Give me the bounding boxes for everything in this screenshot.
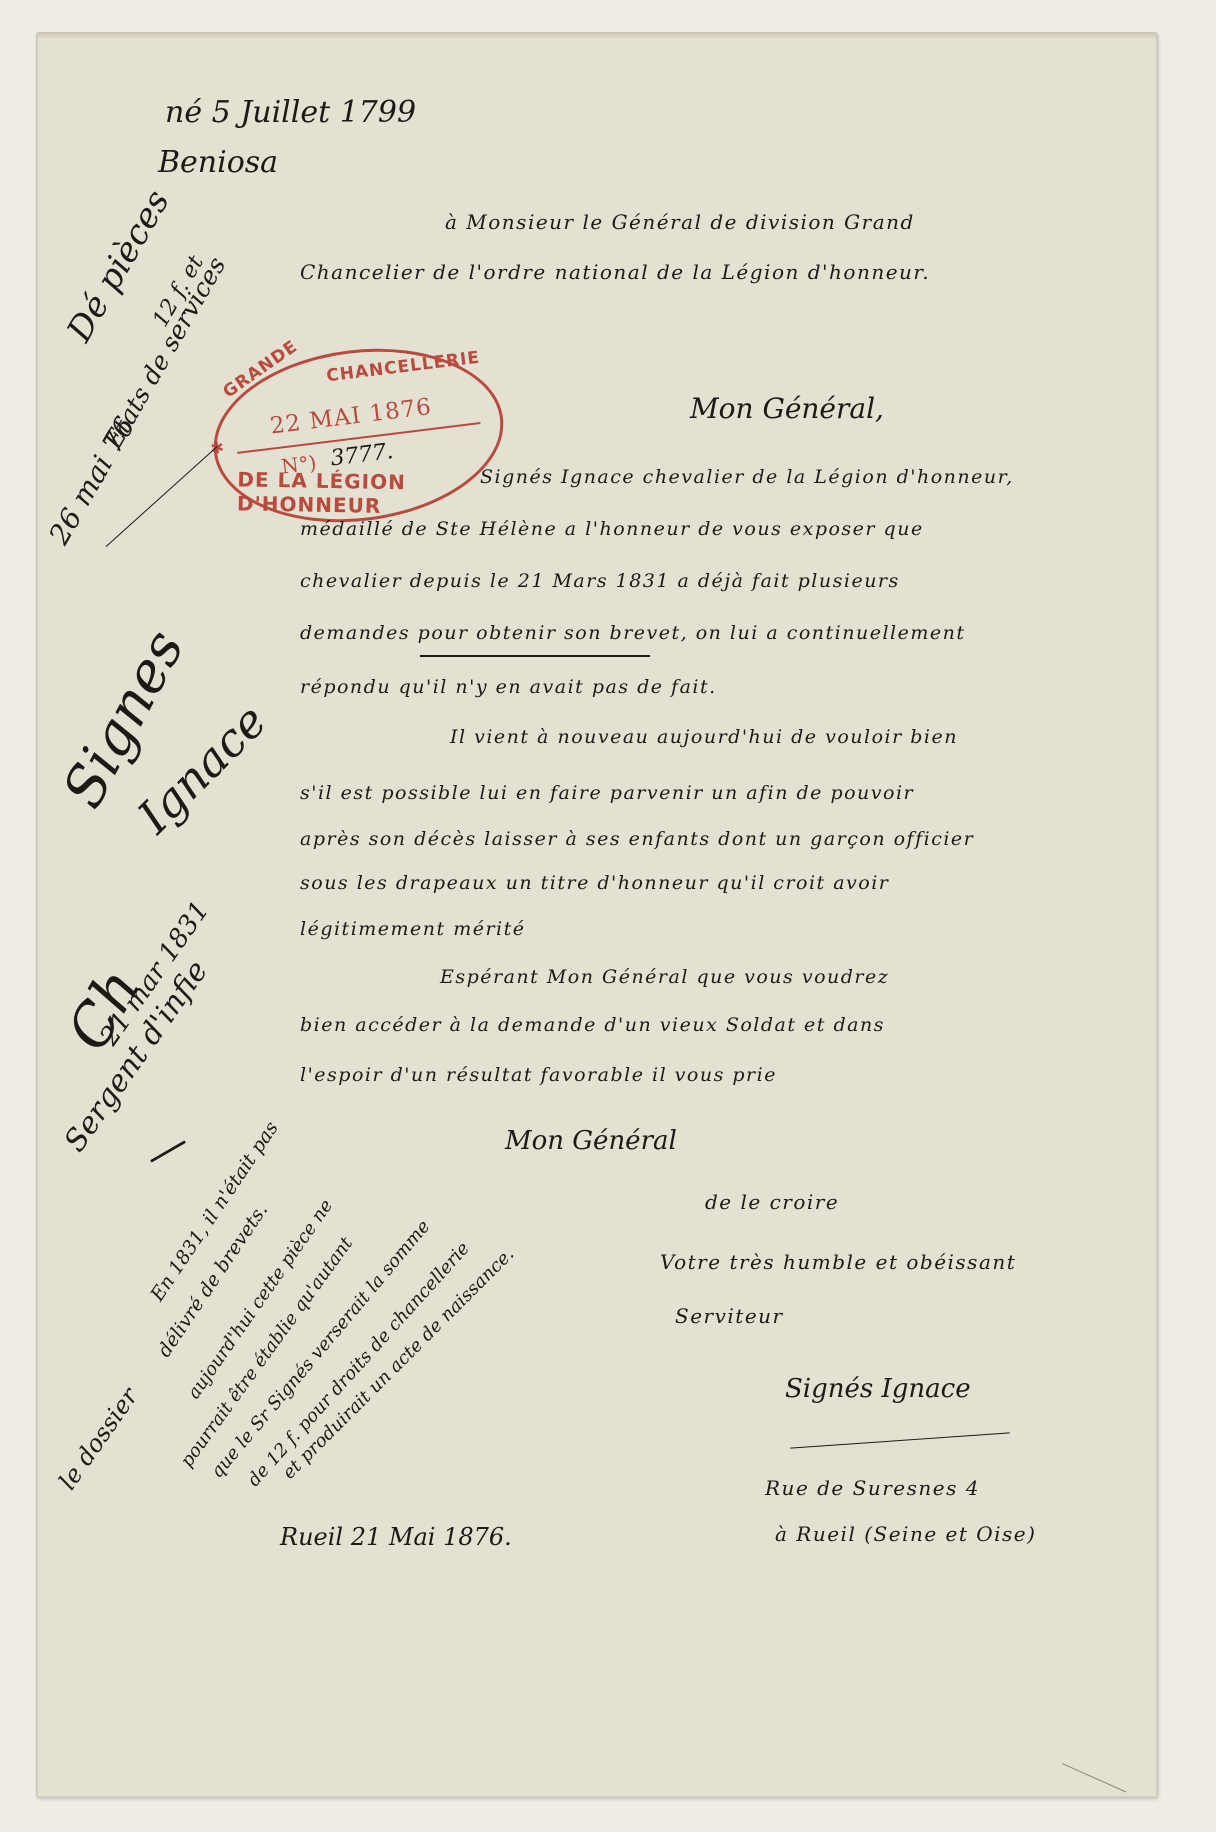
body-line: Signés Ignace chevalier de la Légion d'h… — [480, 468, 1014, 487]
closing-line-3: Serviteur — [675, 1306, 784, 1326]
body-line: chevalier depuis le 21 Mars 1831 a déjà … — [300, 572, 900, 591]
body-line: Il vient à nouveau aujourd'hui de vouloi… — [450, 728, 958, 747]
birth-note: né 5 Juillet 1799 — [165, 98, 416, 128]
closing-salutation: Mon Général — [505, 1128, 677, 1154]
stamp-number: 3777. — [329, 439, 395, 471]
body-line: s'il est possible lui en faire parvenir … — [300, 784, 914, 803]
body-line: légitimement mérité — [300, 920, 526, 939]
grande-chancellerie-stamp: ✱ GRANDE CHANCELLERIE 22 MAI 1876 N°) 37… — [204, 333, 514, 538]
body-line: après son décès laisser à ses enfants do… — [300, 830, 974, 849]
underline — [420, 655, 650, 657]
birth-place: Beniosa — [158, 148, 278, 178]
address-line-2: Chancelier de l'ordre national de la Lég… — [300, 262, 930, 282]
address-line-1: à Monsieur le Général de division Grand — [445, 212, 915, 232]
stamp-top-right: CHANCELLERIE — [325, 348, 481, 387]
body-line: bien accéder à la demande d'un vieux Sol… — [300, 1016, 885, 1035]
body-line: Espérant Mon Général que vous voudrez — [440, 968, 889, 987]
closing-line-2: Votre très humble et obéissant — [660, 1252, 1016, 1272]
signature: Signés Ignace — [785, 1376, 971, 1402]
closing-line-1: de le croire — [705, 1192, 839, 1212]
body-line: répondu qu'il n'y en avait pas de fait. — [300, 678, 717, 697]
place-date: Rueil 21 Mai 1876. — [280, 1525, 512, 1549]
body-line: médaillé de Ste Hélène a l'honneur de vo… — [300, 520, 924, 539]
salutation: Mon Général, — [690, 395, 884, 423]
star-icon: ✱ — [209, 438, 225, 458]
body-line: sous les drapeaux un titre d'honneur qu'… — [300, 874, 889, 893]
body-line: demandes pour obtenir son brevet, on lui… — [300, 624, 966, 643]
stamp-bottom: DE LA LÉGION D'HONNEUR — [237, 467, 509, 520]
body-line: l'espoir d'un résultat favorable il vous… — [300, 1066, 777, 1085]
sender-address-line-2: à Rueil (Seine et Oise) — [775, 1524, 1036, 1544]
sender-address-line-1: Rue de Suresnes 4 — [765, 1478, 980, 1498]
